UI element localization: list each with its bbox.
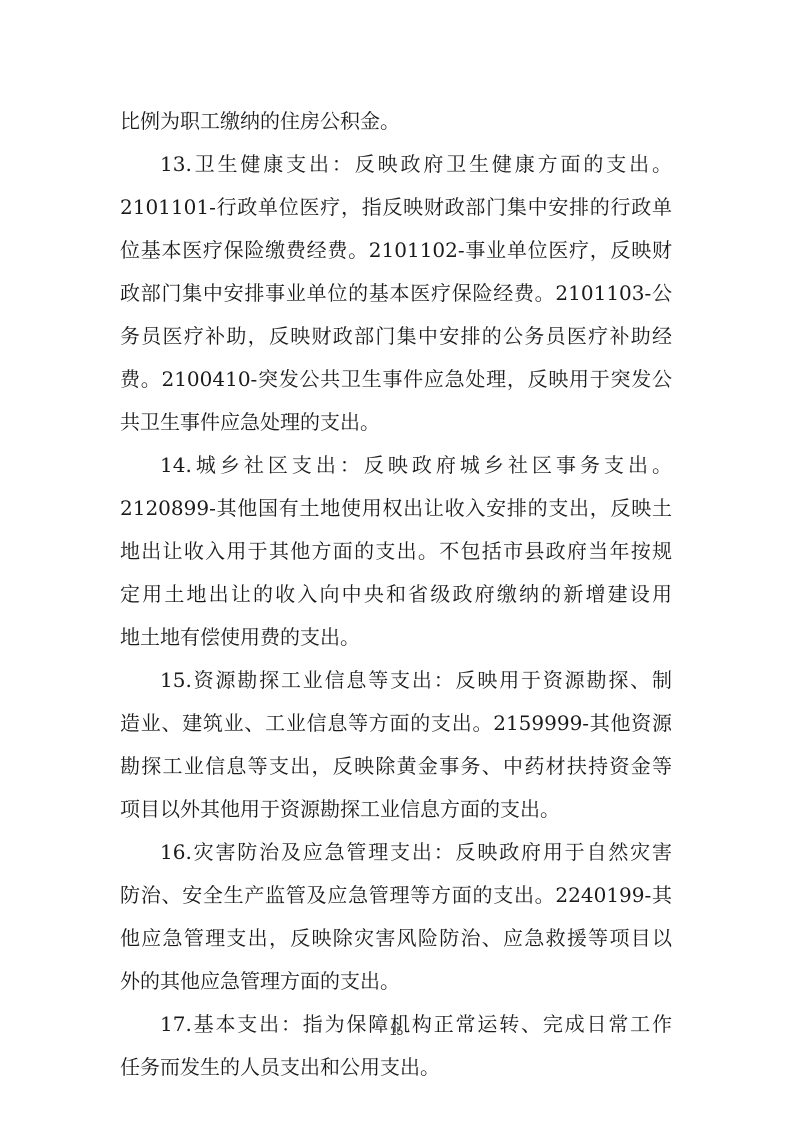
paragraph-13-line-4: 政部门集中安排事业单位的基本医疗保险经费。2101103-公 — [120, 278, 672, 308]
paragraph-12-line-1: 比例为职工缴纳的住房公积金。 — [120, 106, 672, 136]
paragraph-17-line-2: 任务而发生的人员支出和公用支出。 — [120, 1052, 672, 1082]
page-number: 15 — [0, 1024, 793, 1038]
paragraph-15-line-3: 勘探工业信息等支出，反映除黄金事务、中药材扶持资金等 — [120, 751, 672, 781]
paragraph-16-line-4: 外的其他应急管理方面的支出。 — [120, 966, 672, 996]
paragraph-13-heading-line: 13.卫生健康支出：反映政府卫生健康方面的支出。 — [160, 149, 672, 179]
paragraph-14-heading-line: 14.城乡社区支出：反映政府城乡社区事务支出。 — [160, 450, 672, 480]
paragraph-16-line-3: 他应急管理支出，反映除灾害风险防治、应急救援等项目以 — [120, 923, 672, 953]
paragraph-16-line-2: 防治、安全生产监管及应急管理等方面的支出。2240199-其 — [120, 880, 672, 910]
paragraph-14-line-5: 地土地有偿使用费的支出。 — [120, 622, 672, 652]
paragraph-13-line-5: 务员医疗补助，反映财政部门集中安排的公务员医疗补助经 — [120, 321, 672, 351]
paragraph-14-line-4: 定用土地出让的收入向中央和省级政府缴纳的新增建设用 — [120, 579, 672, 609]
paragraph-15-line-4: 项目以外其他用于资源勘探工业信息方面的支出。 — [120, 794, 672, 824]
paragraph-13-line-7: 共卫生事件应急处理的支出。 — [120, 407, 672, 437]
paragraph-14-line-2: 2120899-其他国有土地使用权出让收入安排的支出，反映土 — [120, 493, 672, 523]
paragraph-13-line-2: 2101101-行政单位医疗，指反映财政部门集中安排的行政单 — [120, 192, 672, 222]
paragraph-15-line-2: 造业、建筑业、工业信息等方面的支出。2159999-其他资源 — [120, 708, 672, 738]
paragraph-15-heading-line: 15.资源勘探工业信息等支出：反映用于资源勘探、制 — [160, 665, 672, 695]
paragraph-13-line-6: 费。2100410-突发公共卫生事件应急处理，反映用于突发公 — [120, 364, 672, 394]
paragraph-13-line-3: 位基本医疗保险缴费经费。2101102-事业单位医疗，反映财 — [120, 235, 672, 265]
paragraph-16-heading-line: 16.灾害防治及应急管理支出：反映政府用于自然灾害 — [160, 837, 672, 867]
paragraph-14-line-3: 地出让收入用于其他方面的支出。不包括市县政府当年按规 — [120, 536, 672, 566]
document-page: 比例为职工缴纳的住房公积金。 13.卫生健康支出：反映政府卫生健康方面的支出。 … — [0, 0, 793, 1122]
